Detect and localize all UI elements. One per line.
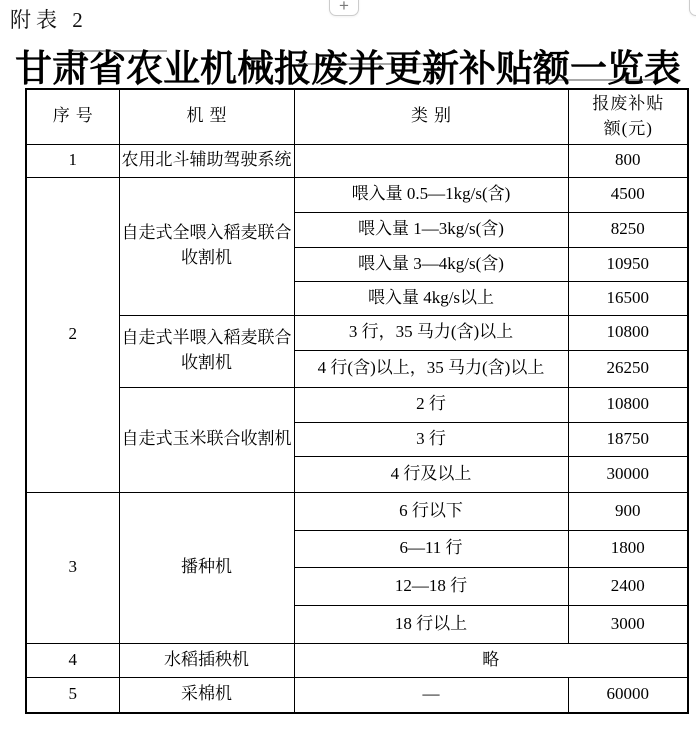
cell-model: 自走式半喂入稻麦联合收割机 — [119, 315, 294, 387]
cell-model: 自走式玉米联合收割机 — [119, 387, 294, 492]
cell-amount: 26250 — [568, 350, 688, 387]
cell-category: 喂入量 4kg/s以上 — [294, 281, 568, 315]
table-row: 4 水稻插秧机 略 — [26, 643, 688, 677]
plus-icon: + — [339, 0, 349, 14]
cell-category: 18 行以上 — [294, 605, 568, 643]
cell-no: 5 — [26, 677, 119, 713]
table-row: 3 播种机 6 行以下 900 — [26, 492, 688, 530]
cell-note: 略 — [294, 643, 688, 677]
cell-category: 6—11 行 — [294, 530, 568, 567]
cell-model: 播种机 — [119, 492, 294, 643]
corner-button-fragment[interactable] — [689, 0, 696, 16]
cell-no: 2 — [26, 177, 119, 492]
cell-category: 喂入量 0.5—1kg/s(含) — [294, 177, 568, 212]
table-row: 5 采棉机 — 60000 — [26, 677, 688, 713]
cell-amount: 30000 — [568, 456, 688, 492]
cell-category: 喂入量 1—3kg/s(含) — [294, 212, 568, 247]
cell-category: — — [294, 677, 568, 713]
add-button[interactable]: + — [329, 0, 359, 16]
table-row: 1 农用北斗辅助驾驶系统 800 — [26, 144, 688, 177]
subsidy-table: 序号 机型 类别 报废补贴 额(元) 1 农用北斗辅助驾驶系统 800 2 自走… — [25, 88, 689, 714]
cell-amount: 10800 — [568, 315, 688, 350]
header-subsidy: 报废补贴 额(元) — [568, 89, 688, 144]
cell-amount: 800 — [568, 144, 688, 177]
cell-amount: 10950 — [568, 247, 688, 281]
cell-no: 1 — [26, 144, 119, 177]
cell-no: 3 — [26, 492, 119, 643]
attachment-label: 附表 2 — [10, 4, 88, 34]
cell-amount: 4500 — [568, 177, 688, 212]
cell-no: 4 — [26, 643, 119, 677]
cell-category — [294, 144, 568, 177]
cell-category: 4 行及以上 — [294, 456, 568, 492]
table-row: 2 自走式全喂入稻麦联合收割机 喂入量 0.5—1kg/s(含) 4500 — [26, 177, 688, 212]
cell-category: 3 行 — [294, 422, 568, 456]
cell-category: 3 行，35 马力(含)以上 — [294, 315, 568, 350]
cell-model: 水稻插秧机 — [119, 643, 294, 677]
cell-category: 6 行以下 — [294, 492, 568, 530]
cell-model: 采棉机 — [119, 677, 294, 713]
header-no: 序号 — [26, 89, 119, 144]
cell-amount: 900 — [568, 492, 688, 530]
cell-category: 喂入量 3—4kg/s(含) — [294, 247, 568, 281]
header-category: 类别 — [294, 89, 568, 144]
cell-category: 2 行 — [294, 387, 568, 422]
table-row: 自走式半喂入稻麦联合收割机 3 行，35 马力(含)以上 10800 — [26, 315, 688, 350]
cell-amount: 8250 — [568, 212, 688, 247]
table-row: 自走式玉米联合收割机 2 行 10800 — [26, 387, 688, 422]
cell-amount: 1800 — [568, 530, 688, 567]
table-header-row: 序号 机型 类别 报废补贴 额(元) — [26, 89, 688, 144]
cell-amount: 10800 — [568, 387, 688, 422]
page-title: 甘肃省农业机械报废并更新补贴额一览表 — [0, 38, 696, 92]
cell-model: 农用北斗辅助驾驶系统 — [119, 144, 294, 177]
cell-amount: 18750 — [568, 422, 688, 456]
cell-amount: 2400 — [568, 567, 688, 605]
cell-model: 自走式全喂入稻麦联合收割机 — [119, 177, 294, 315]
cell-category: 4 行(含)以上，35 马力(含)以上 — [294, 350, 568, 387]
cell-amount: 16500 — [568, 281, 688, 315]
cell-amount: 60000 — [568, 677, 688, 713]
cell-category: 12—18 行 — [294, 567, 568, 605]
header-model: 机型 — [119, 89, 294, 144]
cell-amount: 3000 — [568, 605, 688, 643]
